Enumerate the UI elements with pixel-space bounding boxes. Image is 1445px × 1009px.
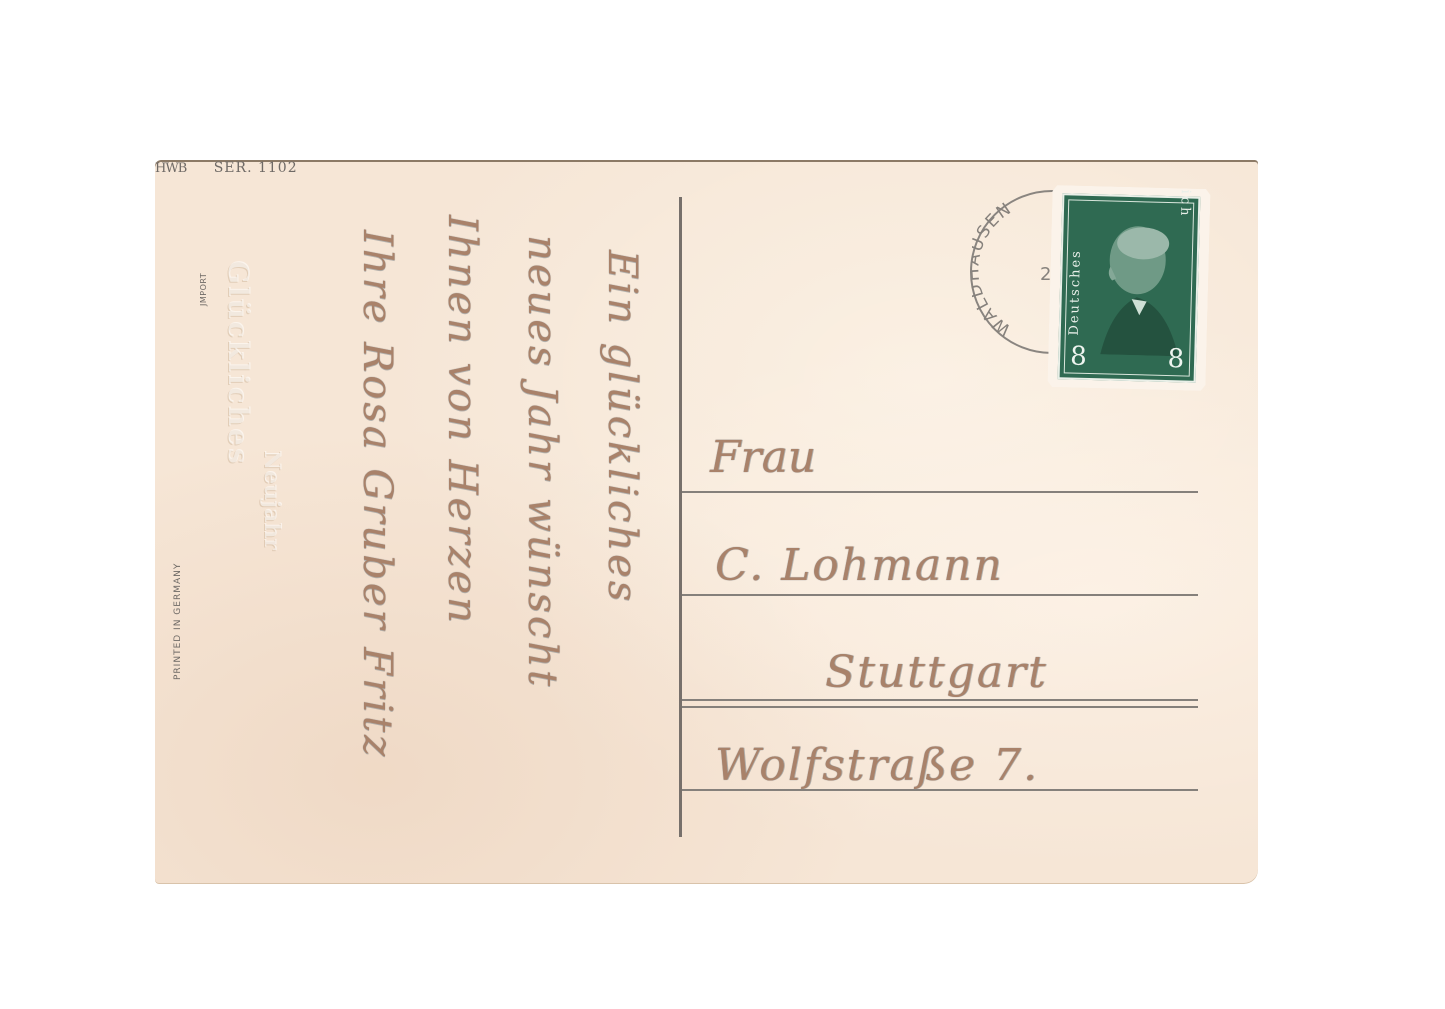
embossed-greeting: Glückliches [222,260,255,466]
address-rule [682,594,1198,596]
address-rule [682,491,1198,493]
svg-text:WALDHAUSEN: WALDHAUSEN [972,198,1016,339]
stamp-country-left: Deutsches [1067,249,1084,336]
embossed-greeting-2: Neujahr [259,450,285,550]
address-rule [682,699,1198,701]
address-rule [682,706,1198,708]
series-number: SER. 1102 [214,160,298,176]
address-city: Stuttgart [825,647,1048,698]
publisher-logo: HWB [155,161,186,176]
message-line-1: Ein glückliches [599,250,645,604]
divider-line [679,197,682,837]
message-line-4: Ihre Rosa Gruber Fritz [354,230,400,759]
address-name: C. Lohmann [715,540,1004,591]
import-note: JMPORT [199,273,208,306]
message-line-2: neues Jahr wünscht [519,235,565,689]
message-line-3: Ihnen von Herzen [439,215,485,626]
address-street: Wolfstraße 7. [715,740,1039,791]
stamp-value-right: 8 [1167,344,1184,374]
stamp-value-left: 8 [1070,341,1087,371]
address-salutation: Frau [710,432,816,483]
printed-in-germany-note: PRINTED IN GERMANY [173,563,183,680]
postage-stamp: Deutsches Reich 8 8 [1047,185,1210,391]
series-label: HWB SER. 1102 [155,160,1258,176]
portrait-icon [1090,214,1184,356]
postmark-town: WALDHAUSEN [972,198,1016,339]
postmark-date: 2 [1040,264,1051,285]
postcard: Glückliches Neujahr JMPORT PRINTED IN GE… [155,160,1258,884]
